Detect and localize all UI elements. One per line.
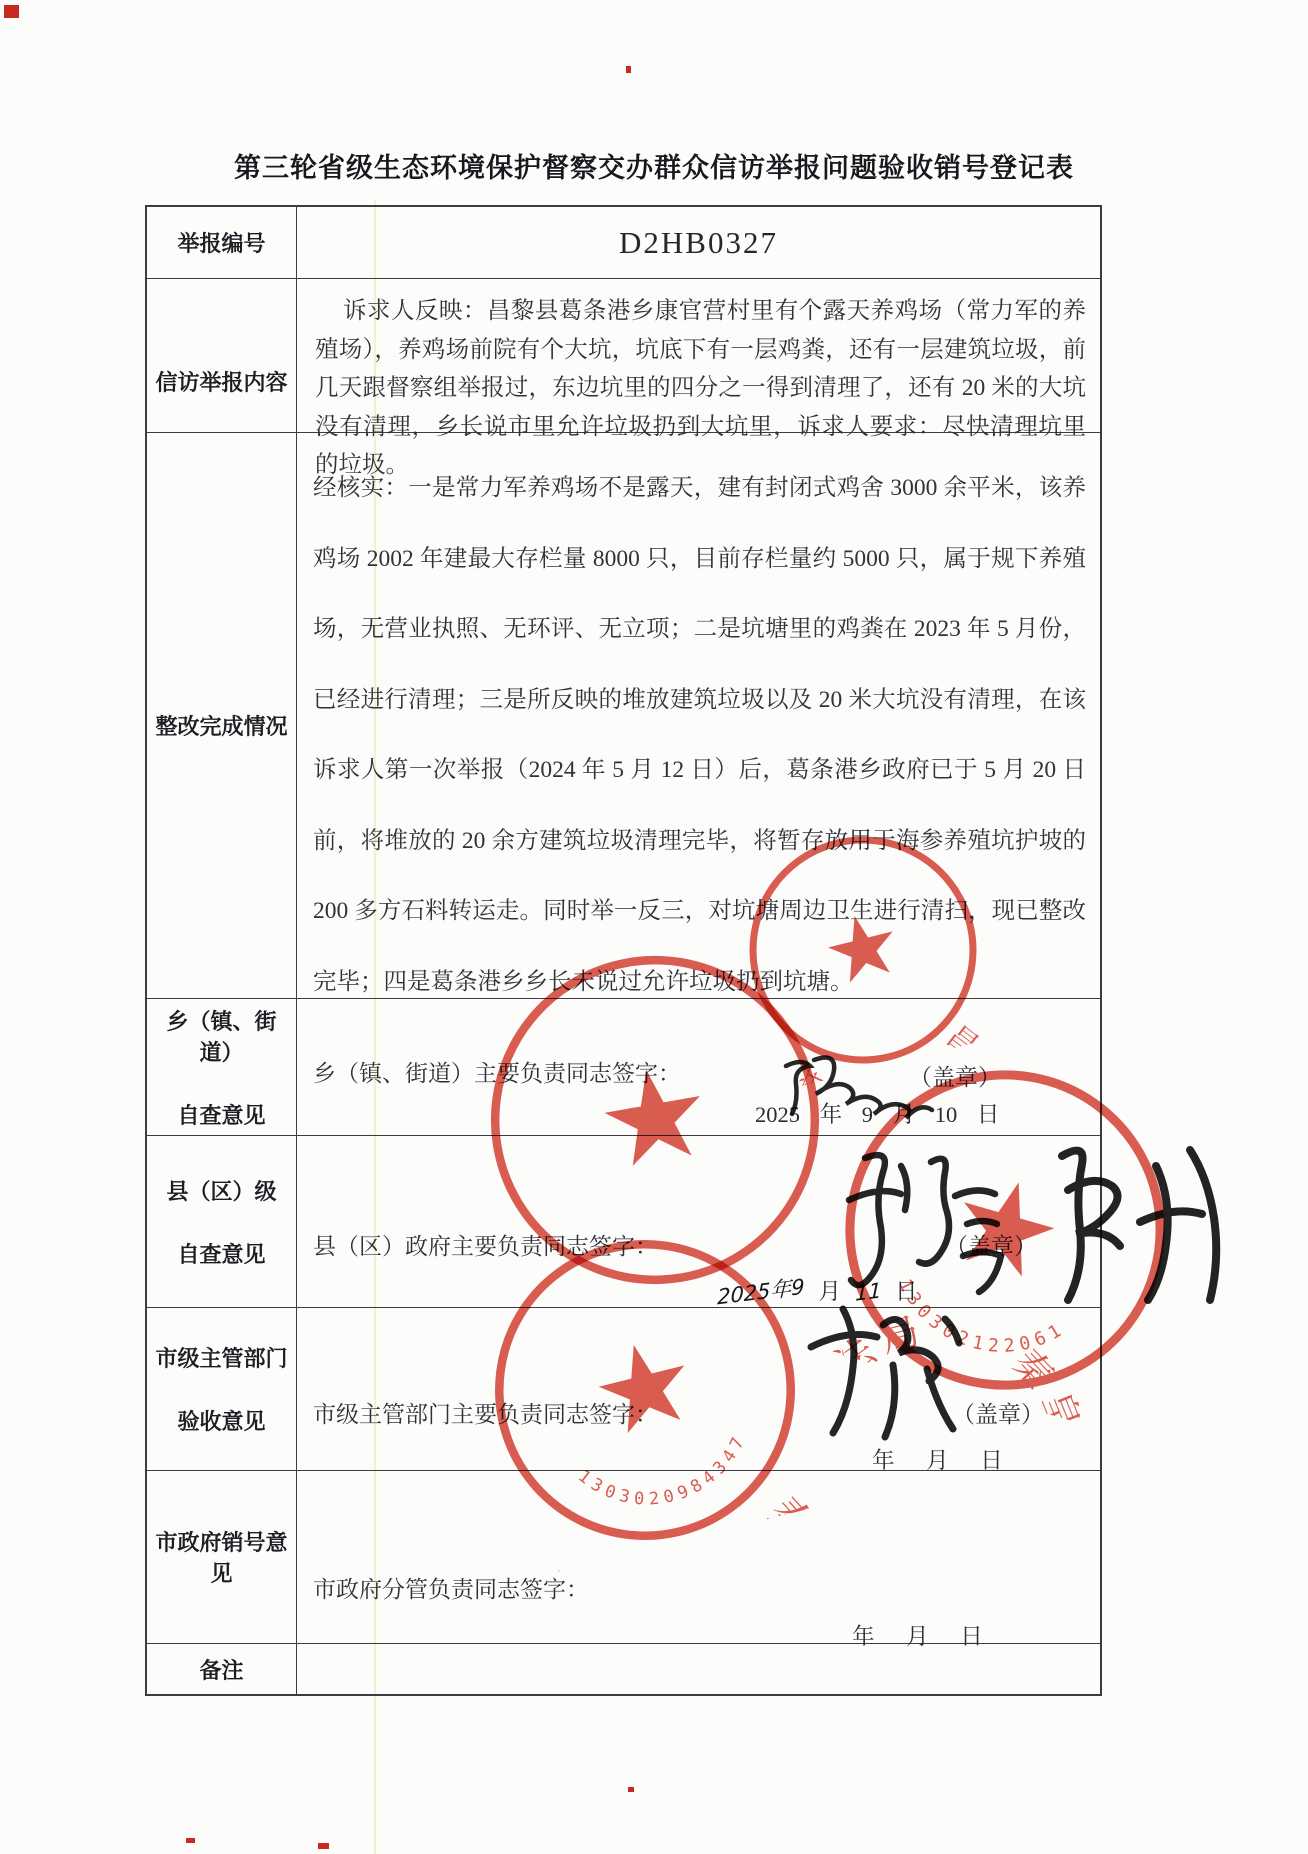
township-date: 2025 年 9 月 10 日 [755, 1097, 999, 1129]
scanned-form-page: 第三轮省级生态环境保护督察交办群众信访举报问题验收销号登记表 举报编号 D2HB… [0, 0, 1308, 1854]
table-row: 备注 [147, 1643, 1100, 1694]
scan-speck [4, 5, 19, 18]
county-sign-label: 县（区）政府主要负责同志签字： [313, 1228, 658, 1261]
rectification-status-text: 经核实：一是常力军养鸡场不是露天，建有封闭式鸡舍 3000 余平米，该养鸡场 2… [297, 433, 1100, 1017]
row-label-county-opinion: 县（区）级 自查意见 [147, 1136, 297, 1307]
row-label-rectification-status: 整改完成情况 [147, 433, 297, 1017]
report-number-value: D2HB0327 [297, 207, 1100, 278]
city-dept-seal-label: （盖章） [952, 1396, 1044, 1429]
scan-speck [318, 1843, 329, 1849]
county-date: 2025年9 月 11 日 [717, 1274, 917, 1306]
row-label-township-opinion: 乡（镇、街道） 自查意见 [147, 999, 297, 1135]
row-label-municipal-opinion: 市政府销号意见 [147, 1471, 297, 1643]
registration-table: 举报编号 D2HB0327 信访举报内容 诉求人反映：昌黎县葛条港乡康官营村里有… [145, 205, 1102, 1696]
table-row: 信访举报内容 诉求人反映：昌黎县葛条港乡康官营村里有个露天养鸡场（常力军的养殖场… [147, 278, 1100, 432]
county-seal-label: （盖章） [945, 1228, 1037, 1261]
table-row: 市政府销号意见 市政府分管负责同志签字： 年 月 日 [147, 1470, 1100, 1643]
remarks-empty-cell [297, 1644, 1100, 1694]
county-date-handwritten-year: 2025年9 [717, 1271, 805, 1312]
page-title: 第三轮省级生态环境保护督察交办群众信访举报问题验收销号登记表 [0, 146, 1308, 185]
county-date-handwritten-day: 11 [854, 1278, 881, 1305]
row-label-report-number: 举报编号 [147, 207, 297, 278]
table-row: 乡（镇、街道） 自查意见 乡（镇、街道）主要负责同志签字： （盖章） 2025 … [147, 998, 1100, 1135]
township-seal-label: （盖章） [909, 1059, 1001, 1092]
table-row: 市级主管部门 验收意见 市级主管部门主要负责同志签字： （盖章） 年 月 日 [147, 1307, 1100, 1470]
table-row: 整改完成情况 经核实：一是常力军养鸡场不是露天，建有封闭式鸡舍 3000 余平米… [147, 432, 1100, 998]
table-row: 县（区）级 自查意见 县（区）政府主要负责同志签字： （盖章） 2025年9 月… [147, 1135, 1100, 1307]
township-sign-label: 乡（镇、街道）主要负责同志签字： [313, 1055, 681, 1088]
row-label-remarks: 备注 [147, 1644, 297, 1694]
municipal-sign-label: 市政府分管负责同志签字： [313, 1571, 589, 1604]
table-row: 举报编号 D2HB0327 [147, 207, 1100, 278]
city-dept-sign-label: 市级主管部门主要负责同志签字： [313, 1396, 658, 1429]
scan-speck [626, 66, 631, 73]
scan-speck [628, 1787, 634, 1792]
row-label-city-dept-opinion: 市级主管部门 验收意见 [147, 1308, 297, 1470]
scan-speck [186, 1838, 195, 1843]
